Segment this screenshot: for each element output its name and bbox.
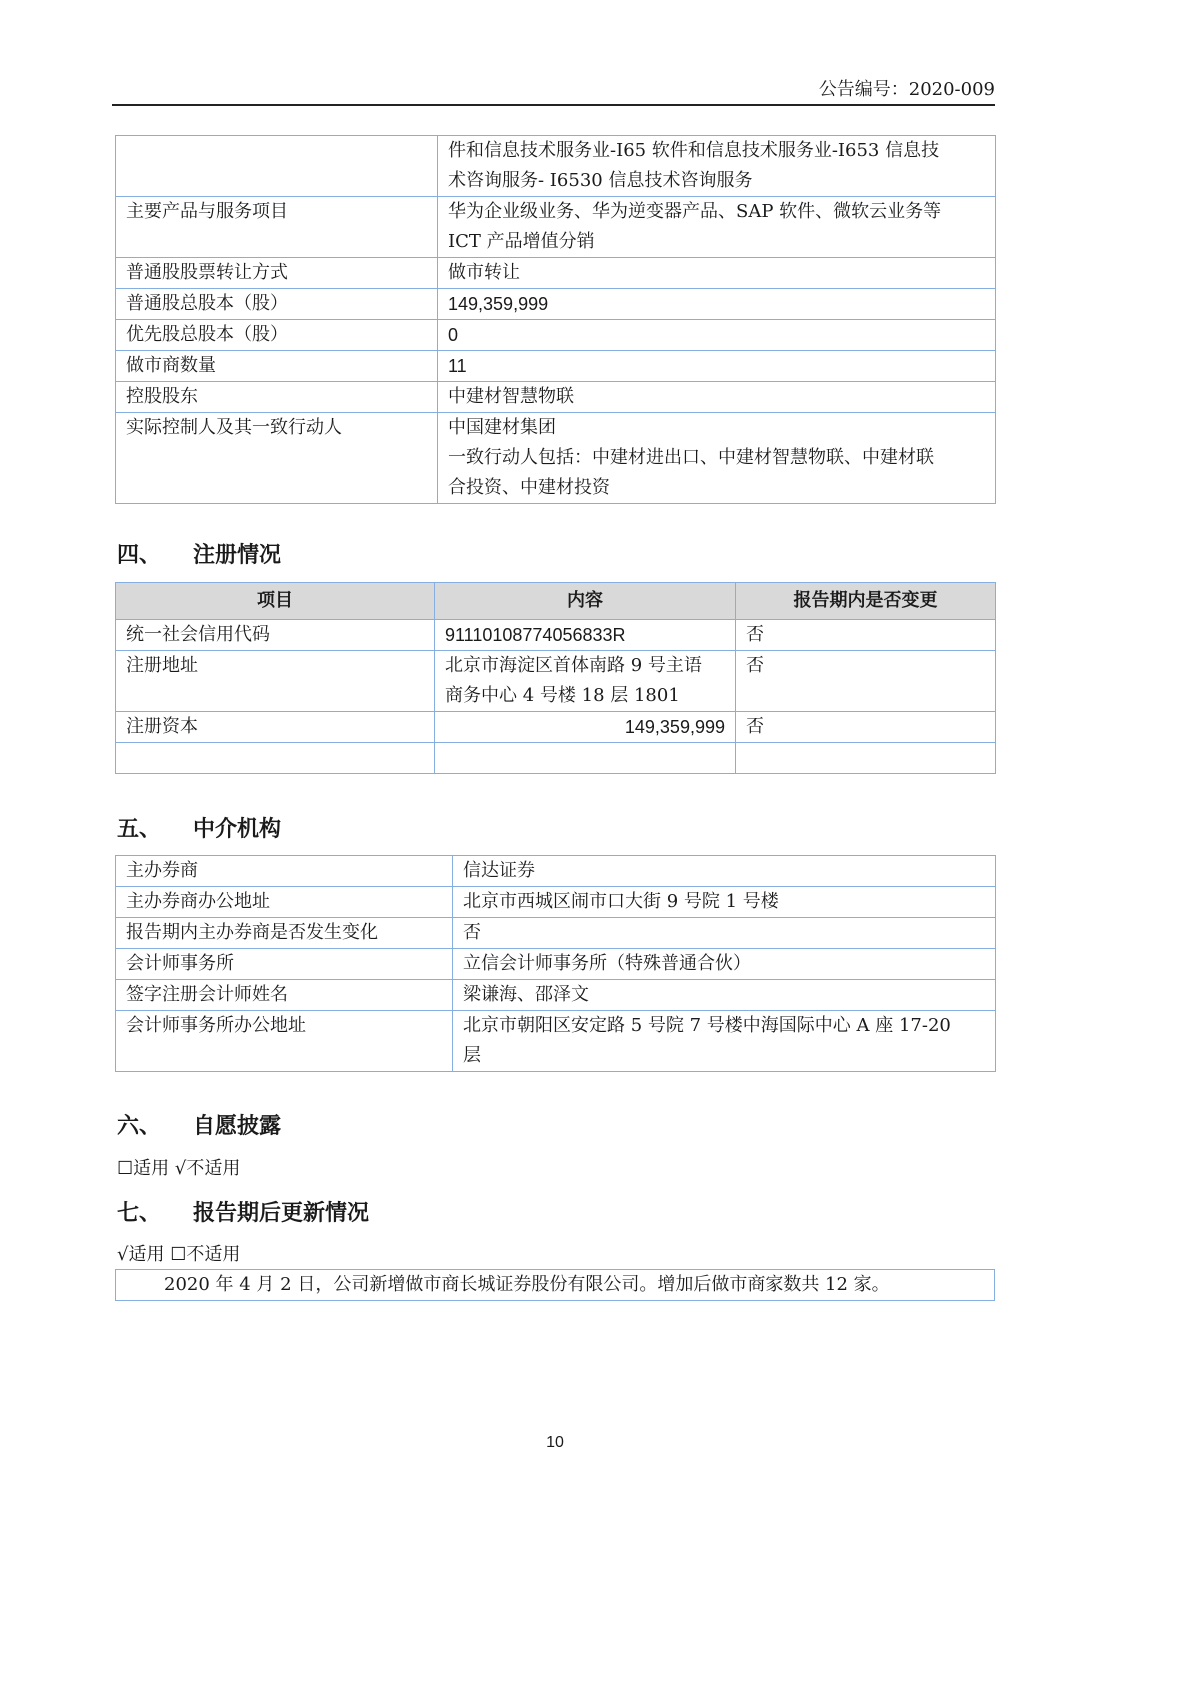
table-row: 签字注册会计师姓名梁谦海、邵泽文 <box>116 980 996 1011</box>
table-row: 控股股东中建材智慧物联 <box>116 382 996 413</box>
table-row: 会计师事务所办公地址北京市朝阳区安定路 5 号院 7 号楼中海国际中心 A 座 … <box>116 1011 996 1072</box>
row-value: 北京市西城区闹市口大街 9 号院 1 号楼 <box>453 887 996 918</box>
row-label <box>116 136 438 197</box>
table-row: 优先股总股本（股）0 <box>116 320 996 351</box>
cell-line: 术咨询服务- I6530 信息技术咨询服务 <box>448 166 985 196</box>
changed-cell: 否 <box>736 651 996 712</box>
table-row: 件和信息技术服务业-I65 软件和信息技术服务业-I653 信息技术咨询服务- … <box>116 136 996 197</box>
post-period-applicability: √适用 ☐不适用 <box>117 1240 240 1266</box>
row-label: 控股股东 <box>116 382 438 413</box>
intermediaries-table: 主办券商信达证券主办券商办公地址北京市西城区闹市口大街 9 号院 1 号楼报告期… <box>115 855 996 1072</box>
row-value: 0 <box>438 320 996 351</box>
cell-line: 中建材智慧物联 <box>448 382 985 412</box>
cell-line: 中国建材集团 <box>448 413 985 443</box>
table-row: 会计师事务所立信会计师事务所（特殊普通合伙） <box>116 949 996 980</box>
content-cell: 北京市海淀区首体南路 9 号主语商务中心 4 号楼 18 层 1801 <box>435 651 736 712</box>
table-row: 实际控制人及其一致行动人中国建材集团一致行动人包括：中建材进出口、中建材智慧物联… <box>116 413 996 504</box>
section-title-registration: 四、注册情况 <box>117 538 281 569</box>
table-row: 报告期内主办券商是否发生变化否 <box>116 918 996 949</box>
item-cell: 统一社会信用代码 <box>116 620 435 651</box>
row-label: 普通股股票转让方式 <box>116 258 438 289</box>
row-value: 梁谦海、邵泽文 <box>453 980 996 1011</box>
content-cell <box>435 743 736 774</box>
column-header-content: 内容 <box>435 583 736 620</box>
row-label: 普通股总股本（股） <box>116 289 438 320</box>
row-label: 会计师事务所 <box>116 949 453 980</box>
changed-cell: 否 <box>736 620 996 651</box>
column-header-item: 项目 <box>116 583 435 620</box>
voluntary-disclosure-applicability: ☐适用 √不适用 <box>117 1154 240 1180</box>
column-header-changed: 报告期内是否变更 <box>736 583 996 620</box>
item-cell <box>116 743 435 774</box>
cell-line: 信达证券 <box>463 856 985 886</box>
row-value: 否 <box>453 918 996 949</box>
row-value: 做市转让 <box>438 258 996 289</box>
section-title-post-period-update: 七、报告期后更新情况 <box>117 1196 369 1227</box>
section-title-intermediaries: 五、中介机构 <box>117 812 281 843</box>
row-label: 主办券商办公地址 <box>116 887 453 918</box>
row-value: 北京市朝阳区安定路 5 号院 7 号楼中海国际中心 A 座 17-20层 <box>453 1011 996 1072</box>
table-row <box>116 743 996 774</box>
cell-line: 11 <box>448 351 985 381</box>
table-row: 主办券商信达证券 <box>116 856 996 887</box>
row-label: 做市商数量 <box>116 351 438 382</box>
row-label: 主办券商 <box>116 856 453 887</box>
announcement-number: 公告编号：2020-009 <box>112 76 995 106</box>
cell-line: ICT 产品增值分销 <box>448 227 985 257</box>
table-row: 做市商数量11 <box>116 351 996 382</box>
section-title-voluntary-disclosure: 六、自愿披露 <box>117 1109 281 1140</box>
item-cell: 注册地址 <box>116 651 435 712</box>
row-value: 件和信息技术服务业-I65 软件和信息技术服务业-I653 信息技术咨询服务- … <box>438 136 996 197</box>
cell-line: 否 <box>463 918 985 948</box>
table-row: 普通股总股本（股）149,359,999 <box>116 289 996 320</box>
cell-line: 做市转让 <box>448 258 985 288</box>
content-cell: 91110108774056833R <box>435 620 736 651</box>
changed-cell: 否 <box>736 712 996 743</box>
basic-info-table: 件和信息技术服务业-I65 软件和信息技术服务业-I653 信息技术咨询服务- … <box>115 135 996 504</box>
cell-line: 商务中心 4 号楼 18 层 1801 <box>445 681 725 711</box>
page-number: 10 <box>0 1434 1110 1452</box>
changed-cell <box>736 743 996 774</box>
row-value: 信达证券 <box>453 856 996 887</box>
row-label: 主要产品与服务项目 <box>116 197 438 258</box>
content-cell: 149,359,999 <box>435 712 736 743</box>
table-row: 注册地址北京市海淀区首体南路 9 号主语商务中心 4 号楼 18 层 1801否 <box>116 651 996 712</box>
cell-line: 件和信息技术服务业-I65 软件和信息技术服务业-I653 信息技 <box>448 136 985 166</box>
cell-line: 91110108774056833R <box>445 620 725 650</box>
cell-line: 华为企业级业务、华为逆变器产品、SAP 软件、微软云业务等 <box>448 197 985 227</box>
table-row: 主要产品与服务项目华为企业级业务、华为逆变器产品、SAP 软件、微软云业务等IC… <box>116 197 996 258</box>
cell-line: 149,359,999 <box>445 712 725 742</box>
cell-line: 149,359,999 <box>448 289 985 319</box>
row-value: 11 <box>438 351 996 382</box>
registration-table: 项目 内容 报告期内是否变更 统一社会信用代码91110108774056833… <box>115 582 996 774</box>
item-cell: 注册资本 <box>116 712 435 743</box>
row-value: 149,359,999 <box>438 289 996 320</box>
row-label: 会计师事务所办公地址 <box>116 1011 453 1072</box>
cell-line: 合投资、中建材投资 <box>448 473 985 503</box>
cell-line: 立信会计师事务所（特殊普通合伙） <box>463 949 985 979</box>
cell-line <box>445 743 725 773</box>
table-row: 普通股股票转让方式做市转让 <box>116 258 996 289</box>
table-row: 注册资本149,359,999否 <box>116 712 996 743</box>
post-period-note: 2020 年 4 月 2 日，公司新增做市商长城证券股份有限公司。增加后做市商家… <box>115 1269 995 1301</box>
row-label: 签字注册会计师姓名 <box>116 980 453 1011</box>
row-label: 报告期内主办券商是否发生变化 <box>116 918 453 949</box>
cell-line: 北京市朝阳区安定路 5 号院 7 号楼中海国际中心 A 座 17-20 <box>463 1011 985 1041</box>
row-label: 实际控制人及其一致行动人 <box>116 413 438 504</box>
cell-line: 梁谦海、邵泽文 <box>463 980 985 1010</box>
cell-line: 一致行动人包括：中建材进出口、中建材智慧物联、中建材联 <box>448 443 985 473</box>
row-value: 中国建材集团一致行动人包括：中建材进出口、中建材智慧物联、中建材联合投资、中建材… <box>438 413 996 504</box>
table-row: 统一社会信用代码91110108774056833R否 <box>116 620 996 651</box>
row-value: 立信会计师事务所（特殊普通合伙） <box>453 949 996 980</box>
cell-line: 层 <box>463 1041 985 1071</box>
row-label: 优先股总股本（股） <box>116 320 438 351</box>
row-value: 华为企业级业务、华为逆变器产品、SAP 软件、微软云业务等ICT 产品增值分销 <box>438 197 996 258</box>
table-row: 主办券商办公地址北京市西城区闹市口大街 9 号院 1 号楼 <box>116 887 996 918</box>
cell-line: 北京市海淀区首体南路 9 号主语 <box>445 651 725 681</box>
row-value: 中建材智慧物联 <box>438 382 996 413</box>
cell-line: 0 <box>448 320 985 350</box>
cell-line: 北京市西城区闹市口大街 9 号院 1 号楼 <box>463 887 985 917</box>
